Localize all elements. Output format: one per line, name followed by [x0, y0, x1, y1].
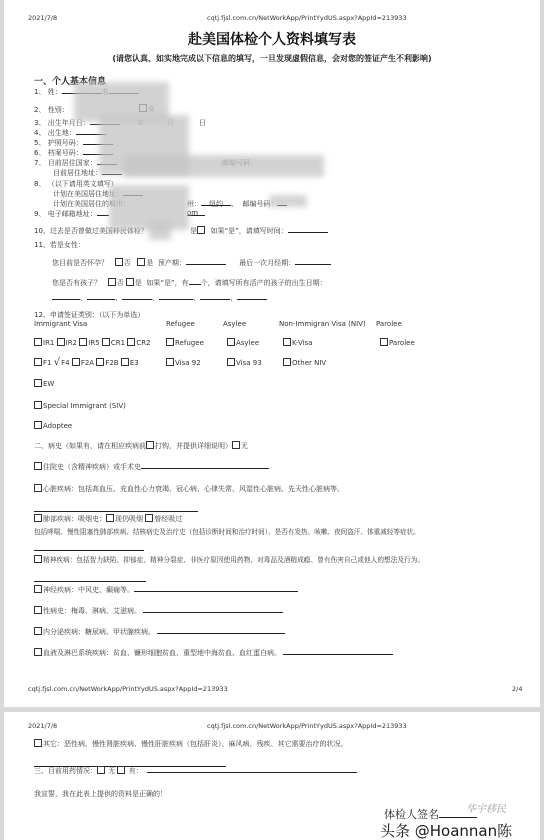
q12-col-parolee: Parolee — [376, 320, 402, 328]
q12-col-immigrant: Immigrant Visa — [34, 320, 87, 328]
no-history-checkbox[interactable] — [232, 441, 240, 449]
field-birthplace: 4、 出生地： — [34, 128, 106, 138]
visa-parolee-option[interactable]: Parolee — [380, 338, 415, 347]
visa-siv-option[interactable]: Special Immigrant (SIV) — [34, 401, 126, 410]
lung-detail: 包括哮喘、慢性阻塞性肺部疾病、结核病史及治疗史（包括诊断时间和治疗时间）、是否有… — [34, 526, 420, 536]
visa-refugee-option[interactable]: Refugee — [166, 338, 204, 347]
q12-col-refugee: Refugee — [166, 320, 195, 328]
q11-children: 您是否有孩子？ 否 是 如果“是”，有个，请填写所有活产的孩子的出生日期： — [52, 278, 327, 288]
q8-heading: 8、 （以下请用英文填写） — [34, 179, 118, 189]
lung-underline — [34, 536, 144, 555]
section3-medication: 三、目前用药情况： 无 有： — [34, 766, 357, 776]
visa-cr2-option[interactable]: CR2 — [127, 339, 150, 347]
visa-92-option[interactable]: Visa 92 — [166, 358, 201, 367]
q11-pregnant: 您目前是否怀孕？ 否 是 预产期： 最后一次月经期： — [52, 258, 331, 268]
visa-other-niv-option[interactable]: Other NIV — [283, 358, 326, 367]
history-std[interactable]: 性病史：梅毒、淋病、艾滋病。 — [34, 606, 283, 616]
visa-ir2-option[interactable]: IR2 — [57, 339, 77, 347]
page2-header-date: 2021/7/8 — [28, 722, 57, 730]
q11-children-dates: 、、、、、 — [52, 293, 267, 303]
smoking-former-checkbox[interactable] — [145, 514, 153, 522]
history-hospitalization[interactable]: 住院史（含精神疾病）或手术史 — [34, 462, 269, 472]
page-title: 赴美国体检个人资料填写表 — [4, 29, 540, 49]
q10-yes-checkbox[interactable] — [197, 226, 205, 234]
history-endocrine[interactable]: 内分泌疾病：糖尿病、甲状腺疾病。 — [34, 627, 285, 637]
page2-header-url: cqtj.fjsl.com.cn/NetWorkApp/PrintYydUS.a… — [207, 722, 407, 730]
history-blood[interactable]: 血液及淋巴系统疾病：贫血、镰形细胞贫血、重型地中海贫血、血红蛋白病。 — [34, 648, 393, 658]
visa-ir1-option[interactable]: IR1 — [34, 339, 54, 347]
history-mental[interactable]: 精神疾病：包括智力缺陷、抑郁症、精神分裂症、非医疗原因使用药物、对毒品及酒精成瘾… — [34, 554, 424, 564]
document-page-2: 2021/7/8 cqtj.fjsl.com.cn/NetWorkApp/Pri… — [4, 712, 540, 840]
q12-col-asylee: Asylee — [223, 320, 246, 328]
q12-row2: F1 √F4 F2A F2B E3 — [34, 358, 139, 367]
history-other[interactable]: 其它：恶性病、慢性肾脏疾病、慢性肝脏疾病（包括肝炎）、麻风病、残疾、其它需要治疗… — [34, 739, 348, 749]
smoking-current-checkbox[interactable] — [106, 514, 114, 522]
medication-yes-checkbox[interactable] — [117, 766, 125, 774]
medication-none-checkbox[interactable] — [97, 766, 105, 774]
visa-asylee-option[interactable]: Asylee — [227, 338, 259, 347]
pregnant-no-checkbox[interactable] — [115, 258, 123, 266]
stamp-watermark: 华宇移民 — [466, 800, 506, 815]
q11-label: 11、若是女性： — [34, 240, 85, 250]
visa-f4-option[interactable]: √F4 — [54, 359, 70, 367]
history-heart[interactable]: 心脏疾病：包括高血压、充血性心力衰竭、冠心病、心律失常、风湿性心脏病、先天性心脏… — [34, 484, 344, 494]
children-no-checkbox[interactable] — [108, 278, 116, 286]
visa-cr1-option[interactable]: CR1 — [102, 339, 125, 347]
page-subtitle: (请您认真、如实地完成以下信息的填写，一旦发现虚假信息，会对您的签证产生不利影响… — [4, 53, 540, 64]
visa-f1-option[interactable]: F1 — [34, 359, 51, 367]
visa-e3-option[interactable]: E3 — [121, 359, 139, 367]
children-yes-checkbox[interactable] — [126, 278, 134, 286]
field-gender: 2、 性别： — [34, 105, 69, 115]
visa-ir5-option[interactable]: IR5 — [79, 339, 99, 347]
section2-heading: 二、病史（如果有，请在相应疾病前打钩，并提供详细说明）无 — [34, 441, 248, 451]
sample-checkbox-icon — [146, 441, 154, 449]
privacy-blur — [149, 222, 171, 240]
visa-k-option[interactable]: K-Visa — [283, 338, 313, 347]
history-neuro[interactable]: 神经疾病：中风史、癫痫等。 — [34, 585, 298, 595]
mental-underline — [34, 567, 146, 586]
declaration: 我宣誓，我在此表上提供的资料是正确的！ — [34, 789, 167, 799]
footer-url: cqtj.fjsl.com.cn/NetWorkApp/PrintYydUS.a… — [28, 685, 228, 693]
q9-email: 9、 电子邮箱地址： — [34, 209, 109, 219]
privacy-blur — [124, 155, 324, 177]
privacy-blur — [269, 195, 307, 207]
visa-adoptee-option[interactable]: Adoptee — [34, 421, 72, 430]
visa-93-option[interactable]: Visa 93 — [227, 358, 262, 367]
header-url: cqtj.fjsl.com.cn/NetWorkApp/PrintYydUS.a… — [207, 14, 407, 22]
history-lung[interactable]: 肺部疾病：吸烟史：现仍吸烟 曾经吸过 — [34, 514, 182, 524]
q9-email-suffix: om — [187, 209, 205, 217]
header-date: 2021/7/8 — [28, 14, 57, 22]
q10-yes-option[interactable]: 是 如果“是”，请填写时间： — [190, 226, 328, 236]
watermark-text: 头条 @Hoannan陈 — [380, 820, 512, 840]
visa-f2a-option[interactable]: F2A — [72, 359, 94, 367]
page-number: 2/4 — [512, 685, 522, 693]
visa-f2b-option[interactable]: F2B — [96, 359, 118, 367]
q12-col-niv: Non-Immigran Visa (NIV) — [279, 320, 366, 328]
q12-row1: IR1 IR2 IR5 CR1 CR2 — [34, 338, 151, 347]
visa-ew-option[interactable]: EW — [34, 379, 54, 388]
q12-label: 12、申请签证类别：（以下为单选） — [34, 310, 144, 320]
document-page-1: 2021/7/8 cqtj.fjsl.com.cn/NetWorkApp/Pri… — [4, 0, 540, 707]
checkmark-icon: √ — [54, 359, 60, 367]
birth-day-label: 日 — [199, 118, 206, 128]
pregnant-yes-checkbox[interactable] — [137, 258, 145, 266]
